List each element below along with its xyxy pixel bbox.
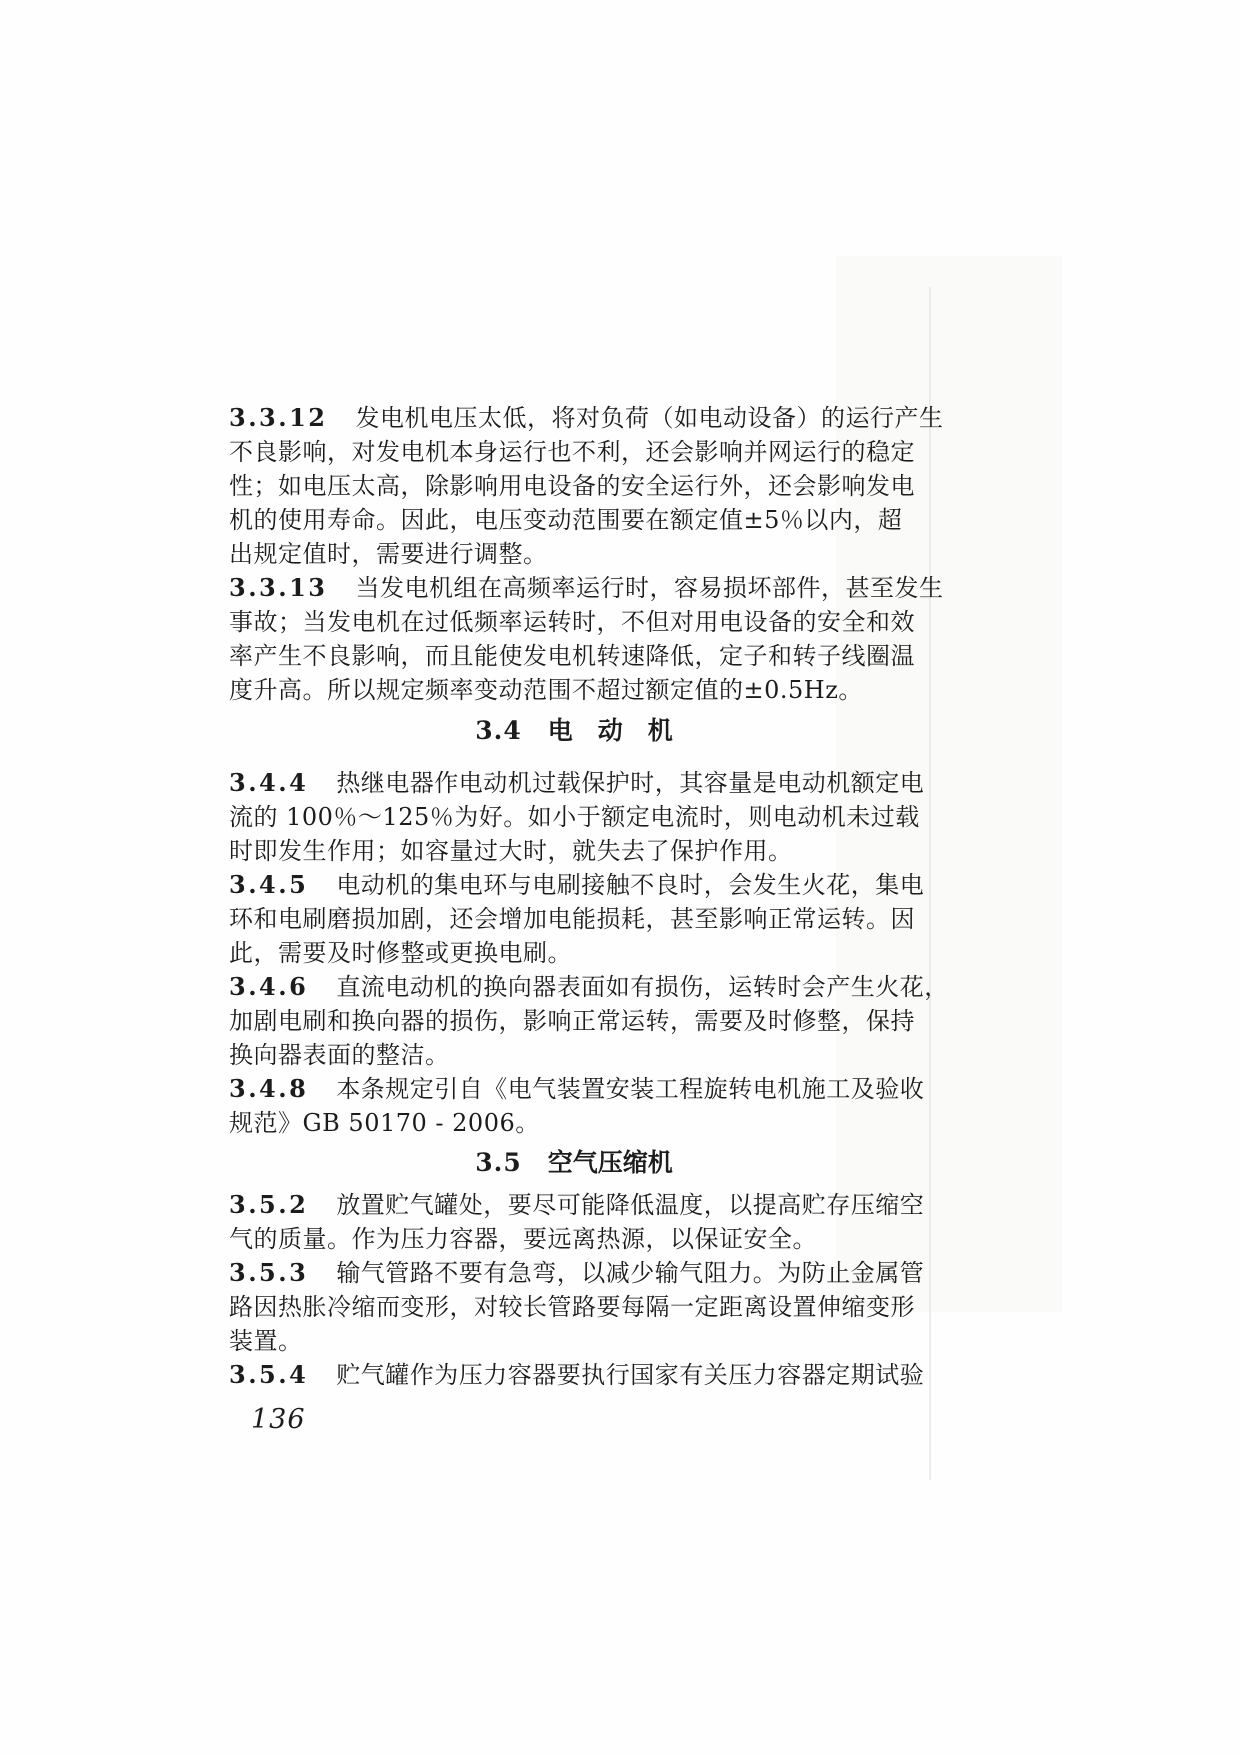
heading-title: 空气压缩机 <box>548 1148 673 1177</box>
text-line: 加剧电刷和换向器的损伤，影响正常运转，需要及时修整，保持 <box>229 1004 919 1038</box>
text-line: 3.3.13当发电机组在高频率运行时，容易损坏部件，甚至发生 <box>229 571 919 605</box>
text-line: 3.5.2放置贮气罐处，要尽可能降低温度，以提高贮存压缩空 <box>229 1188 919 1222</box>
text-line: 气的质量。作为压力容器，要远离热源，以保证安全。 <box>229 1222 919 1256</box>
text-line: 不良影响，对发电机本身运行也不利，还会影响并网运行的稳定 <box>229 435 919 469</box>
text-line: 此，需要及时修整或更换电刷。 <box>229 936 919 970</box>
scanned-page: 3.3.12发电机电压太低，将对负荷（如电动设备）的运行产生不良影响，对发电机本… <box>0 0 1240 1754</box>
text-line: 3.4.6直流电动机的换向器表面如有损伤，运转时会产生火花， <box>229 970 919 1004</box>
text-line: 机的使用寿命。因此，电压变动范围要在额定值±5％以内，超 <box>229 503 919 537</box>
text-line: 度升高。所以规定频率变动范围不超过额定值的±0.5Hz。 <box>229 673 919 707</box>
text-line: 换向器表面的整洁。 <box>229 1038 919 1072</box>
clause-first-line-text: 发电机电压太低，将对负荷（如电动设备）的运行产生 <box>356 404 944 432</box>
clause-paragraph: 3.5.2放置贮气罐处，要尽可能降低温度，以提高贮存压缩空气的质量。作为压力容器… <box>229 1188 919 1256</box>
text-line: 3.4.8本条规定引自《电气装置安装工程旋转电机施工及验收 <box>229 1072 919 1106</box>
clause-number: 3.4.8 <box>229 1074 308 1103</box>
text-line: 出规定值时，需要进行调整。 <box>229 537 919 571</box>
clause-number: 3.3.12 <box>229 403 328 432</box>
document-body: 3.3.12发电机电压太低，将对负荷（如电动设备）的运行产生不良影响，对发电机本… <box>229 401 919 1435</box>
text-line: 性；如电压太高，除影响用电设备的安全运行外，还会影响发电 <box>229 469 919 503</box>
clause-number: 3.4.5 <box>229 870 308 899</box>
text-line: 时即发生作用；如容量过大时，就失去了保护作用。 <box>229 834 919 868</box>
text-line: 规范》GB 50170 - 2006。 <box>229 1106 919 1140</box>
clause-paragraph: 3.3.13当发电机组在高频率运行时，容易损坏部件，甚至发生事故；当发电机在过低… <box>229 571 919 707</box>
heading-number: 3.5 <box>475 1148 522 1177</box>
section-heading: 3.4电 动 机 <box>229 714 919 748</box>
clause-paragraph: 3.4.5电动机的集电环与电刷接触不良时，会发生火花，集电环和电刷磨损加剧，还会… <box>229 868 919 970</box>
section-heading: 3.5空气压缩机 <box>229 1146 919 1180</box>
clause-number: 3.4.6 <box>229 972 308 1001</box>
text-line: 3.4.5电动机的集电环与电刷接触不良时，会发生火花，集电 <box>229 868 919 902</box>
clause-first-line-text: 当发电机组在高频率运行时，容易损坏部件，甚至发生 <box>356 574 944 602</box>
page-number: 136 <box>251 1404 919 1435</box>
clause-paragraph: 3.3.12发电机电压太低，将对负荷（如电动设备）的运行产生不良影响，对发电机本… <box>229 401 919 571</box>
clause-paragraph: 3.5.3输气管路不要有急弯，以减少输气阻力。为防止金属管路因热胀冷缩而变形，对… <box>229 1256 919 1358</box>
text-line: 装置。 <box>229 1324 919 1358</box>
text-line: 3.5.4贮气罐作为压力容器要执行国家有关压力容器定期试验 <box>229 1358 919 1392</box>
clause-number: 3.5.4 <box>229 1360 308 1389</box>
clause-paragraph: 3.4.4热继电器作电动机过载保护时，其容量是电动机额定电流的 100％～125… <box>229 766 919 868</box>
heading-title: 电 动 机 <box>548 716 673 745</box>
text-line: 事故；当发电机在过低频率运转时，不但对用电设备的安全和效 <box>229 605 919 639</box>
clause-number: 3.4.4 <box>229 768 308 797</box>
text-line: 率产生不良影响，而且能使发电机转速降低，定子和转子线圈温 <box>229 639 919 673</box>
heading-number: 3.4 <box>475 716 522 745</box>
text-line: 3.4.4热继电器作电动机过载保护时，其容量是电动机额定电 <box>229 766 919 800</box>
clause-number: 3.3.13 <box>229 573 328 602</box>
clause-first-line-text: 直流电动机的换向器表面如有损伤，运转时会产生火花， <box>336 973 949 1001</box>
scan-artifact-line <box>929 287 931 1480</box>
clause-first-line-text: 本条规定引自《电气装置安装工程旋转电机施工及验收 <box>336 1075 924 1103</box>
clause-paragraph: 3.4.8本条规定引自《电气装置安装工程旋转电机施工及验收规范》GB 50170… <box>229 1072 919 1140</box>
text-line: 3.3.12发电机电压太低，将对负荷（如电动设备）的运行产生 <box>229 401 919 435</box>
text-line: 路因热胀冷缩而变形，对较长管路要每隔一定距离设置伸缩变形 <box>229 1290 919 1324</box>
clause-first-line-text: 输气管路不要有急弯，以减少输气阻力。为防止金属管 <box>336 1259 924 1287</box>
clause-number: 3.5.3 <box>229 1258 308 1287</box>
clause-first-line-text: 热继电器作电动机过载保护时，其容量是电动机额定电 <box>336 769 924 797</box>
clause-number: 3.5.2 <box>229 1190 308 1219</box>
clause-first-line-text: 放置贮气罐处，要尽可能降低温度，以提高贮存压缩空 <box>336 1191 924 1219</box>
text-line: 环和电刷磨损加剧，还会增加电能损耗，甚至影响正常运转。因 <box>229 902 919 936</box>
clause-first-line-text: 电动机的集电环与电刷接触不良时，会发生火花，集电 <box>336 871 924 899</box>
clause-paragraph: 3.5.4贮气罐作为压力容器要执行国家有关压力容器定期试验 <box>229 1358 919 1392</box>
clause-paragraph: 3.4.6直流电动机的换向器表面如有损伤，运转时会产生火花，加剧电刷和换向器的损… <box>229 970 919 1072</box>
text-line: 流的 100％～125％为好。如小于额定电流时，则电动机未过载 <box>229 800 919 834</box>
text-line: 3.5.3输气管路不要有急弯，以减少输气阻力。为防止金属管 <box>229 1256 919 1290</box>
clause-first-line-text: 贮气罐作为压力容器要执行国家有关压力容器定期试验 <box>336 1361 924 1389</box>
